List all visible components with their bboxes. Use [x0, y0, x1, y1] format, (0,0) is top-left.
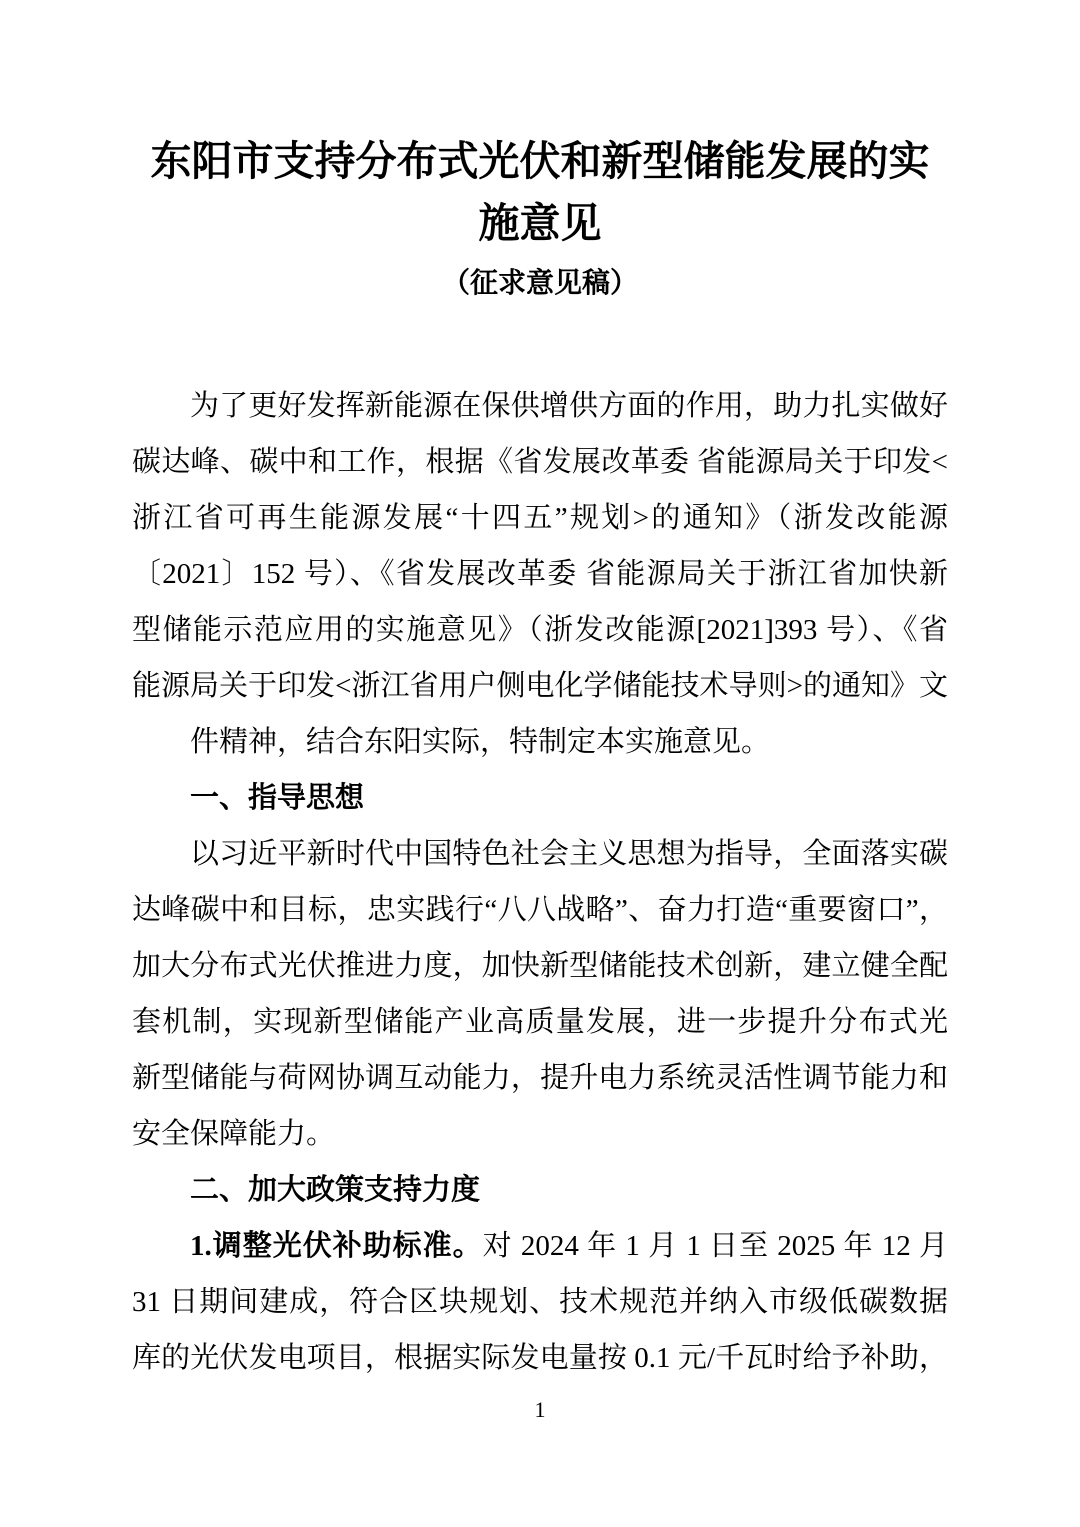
document-title: 东阳市支持分布式光伏和新型储能发展的实施意见 — [144, 130, 936, 254]
item1-line1-rest: 对 2024 年 1 月 1 日至 2025 年 12 月 — [483, 1230, 948, 1262]
document-page: 东阳市支持分布式光伏和新型储能发展的实施意见 （征求意见稿） 为了更好发挥新能源… — [0, 0, 1080, 1527]
intro-line: 为了更好发挥新能源在保供增供方面的作用，助力扎实做好 — [132, 378, 948, 434]
intro-line: 型储能示范应用的实施意见》（浙发改能源[2021]393 号）、《省 — [132, 602, 948, 658]
intro-line: 碳达峰、碳中和工作，根据《省发展改革委 省能源局关于印发< — [132, 434, 948, 490]
document-subtitle: （征求意见稿） — [0, 262, 1080, 306]
intro-line: 能源局关于印发<浙江省用户侧电化学储能技术导则>的通知》文 — [132, 658, 948, 714]
section2-line: 库的光伏发电项目，根据实际发电量按 0.1 元/千瓦时给予补助， — [132, 1330, 948, 1386]
section2-line: 31 日期间建成，符合区块规划、技术规范并纳入市级低碳数据 — [132, 1274, 948, 1330]
intro-line: 浙江省可再生能源发展“十四五”规划>的通知》（浙发改能源 — [132, 490, 948, 546]
section-heading-guiding-ideology: 一、指导思想 — [132, 770, 948, 826]
section1-line: 安全保障能力。 — [132, 1106, 948, 1162]
item1-lead-bold: 1.调整光伏补助标准。 — [190, 1230, 483, 1262]
section-heading-policy-support: 二、加大政策支持力度 — [132, 1162, 948, 1218]
section1-line: 达峰碳中和目标，忠实践行“八八战略”、奋力打造“重要窗口”， — [132, 882, 948, 938]
section2-line: 1.调整光伏补助标准。对 2024 年 1 月 1 日至 2025 年 12 月 — [132, 1218, 948, 1274]
intro-line: 〔2021〕152 号）、《省发展改革委 省能源局关于浙江省加快新 — [132, 546, 948, 602]
page-number: 1 — [0, 1396, 1080, 1424]
section1-line: 新型储能与荷网协调互动能力，提升电力系统灵活性调节能力和 — [132, 1050, 948, 1106]
document-body: 为了更好发挥新能源在保供增供方面的作用，助力扎实做好 碳达峰、碳中和工作，根据《… — [132, 378, 948, 1386]
section1-line: 以习近平新时代中国特色社会主义思想为指导，全面落实碳 — [132, 826, 948, 882]
intro-line: 件精神，结合东阳实际，特制定本实施意见。 — [132, 714, 948, 770]
section1-line: 加大分布式光伏推进力度，加快新型储能技术创新，建立健全配 — [132, 938, 948, 994]
section1-line: 套机制，实现新型储能产业高质量发展，进一步提升分布式光伏、 — [132, 994, 948, 1050]
